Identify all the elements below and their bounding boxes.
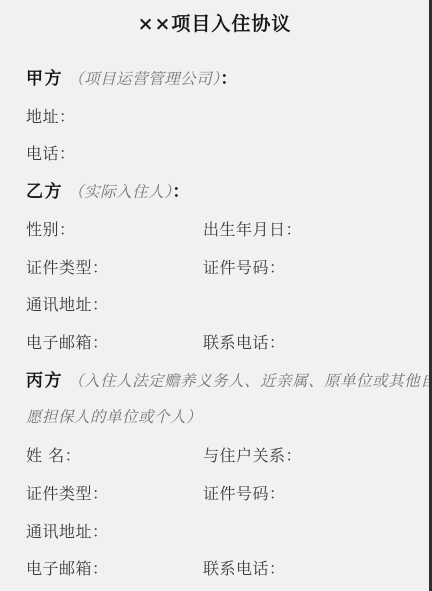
party-a-heading: 甲方 （项目运营管理公司）： (0, 60, 429, 98)
field-label-party-c-phone: 联系电话： (203, 550, 286, 588)
party-c-label: 丙方 (26, 371, 63, 391)
field-label-party-b-gender: 性别： (26, 211, 76, 249)
party-c-heading: 丙方 （入住人法定赡养义务人、近亲属、原单位或其他自 (0, 362, 429, 400)
party-b-contact-row: 电子邮箱： 联系电话： (0, 324, 429, 362)
party-c-contact-row: 电子邮箱： 联系电话： (0, 550, 429, 588)
field-label-party-c-relationship: 与住户关系： (203, 437, 302, 475)
party-c-id-row: 证件类型： 证件号码： (0, 475, 429, 513)
document-title: ××项目入住协议 (0, 9, 429, 36)
field-label-party-b-id-number: 证件号码： (203, 249, 286, 287)
party-b-note: （实际入住人） (68, 183, 172, 201)
agreement-form: 甲方 （项目运营管理公司）： 地址： 电话： 乙方 （实际入住人）： 性别： 出… (0, 60, 429, 588)
party-b-gender-birthdate-row: 性别： 出生年月日： (0, 211, 429, 249)
field-label-party-c-mailing-address: 通讯地址： (26, 513, 109, 551)
party-c-note-line2: 愿担保人的单位或个人） (26, 399, 202, 437)
field-label-party-b-mailing-address: 通讯地址： (26, 286, 109, 324)
party-c-mailing-address-row: 通讯地址： (0, 513, 429, 551)
party-b-label: 乙方 (26, 182, 63, 202)
party-a-address-row: 地址： (0, 98, 429, 136)
party-a-phone-row: 电话： (0, 135, 429, 173)
party-c-heading-continued: 愿担保人的单位或个人） (0, 399, 429, 437)
party-b-mailing-address-row: 通讯地址： (0, 286, 429, 324)
party-b-colon: ： (172, 182, 191, 202)
party-b-id-row: 证件类型： 证件号码： (0, 249, 429, 287)
field-label-party-b-birthdate: 出生年月日： (203, 211, 302, 249)
field-label-party-b-id-type: 证件类型： (26, 249, 109, 287)
field-label-party-a-phone: 电话： (26, 135, 76, 173)
field-label-party-b-phone: 联系电话： (203, 324, 286, 362)
field-label-party-c-id-number: 证件号码： (203, 475, 286, 513)
field-label-party-c-email: 电子邮箱： (26, 550, 109, 588)
party-b-heading: 乙方 （实际入住人）： (0, 173, 429, 211)
field-label-party-a-address: 地址： (26, 98, 76, 136)
field-label-party-c-name: 姓 名： (26, 437, 81, 475)
party-a-note: （项目运营管理公司） (68, 70, 220, 88)
party-c-name-relationship-row: 姓 名： 与住户关系： (0, 437, 429, 475)
party-a-label: 甲方 (26, 69, 63, 89)
field-label-party-b-email: 电子邮箱： (26, 324, 109, 362)
party-c-note-line1: （入住人法定赡养义务人、近亲属、原单位或其他自 (68, 372, 432, 390)
agreement-document-page: ××项目入住协议 甲方 （项目运营管理公司）： 地址： 电话： 乙方 （实际入住… (0, 0, 432, 591)
party-a-colon: ： (220, 69, 239, 89)
field-label-party-c-id-type: 证件类型： (26, 475, 109, 513)
